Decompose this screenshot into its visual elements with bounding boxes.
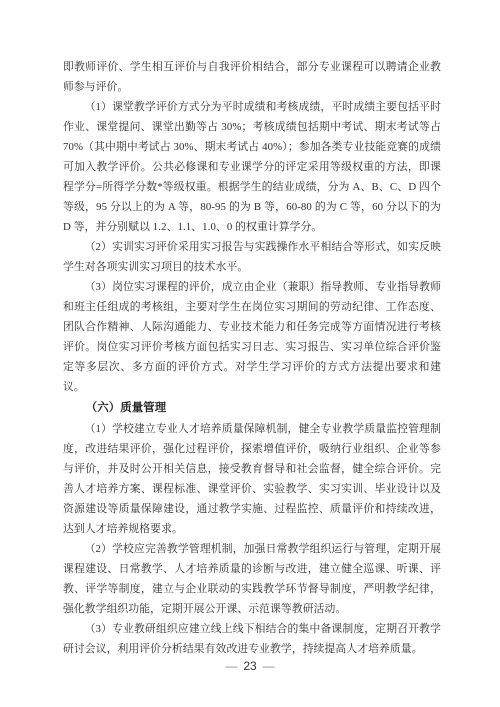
page-footer: —23— <box>0 658 500 674</box>
section-heading: （六）质量管理 <box>63 398 441 418</box>
document-page: 即教师评价、学生相互评价与自我评价相结合，部分专业课程可以聘请企业教师参与评价。… <box>0 0 500 707</box>
body-paragraph: （3）岗位实习课程的评价，成立由企业（兼职）指导教师、专业指导教师和班主任组成的… <box>63 277 441 397</box>
document-body: 即教师评价、学生相互评价与自我评价相结合，部分专业课程可以聘请企业教师参与评价。… <box>63 57 441 659</box>
body-paragraph: （1）课堂教学评价方式分为平时成绩和考核成绩，平时成绩主要包括平时作业、课堂提问… <box>63 97 441 237</box>
page-number: 23 <box>243 659 256 673</box>
body-paragraph: （2）学校应完善教学管理机制，加强日常教学组织运行与管理，定期开展课程建设、日常… <box>63 539 441 619</box>
footer-dash-right: — <box>257 659 281 673</box>
body-paragraph: （1）学校建立专业人才培养质量保障机制，健全专业教学质量监控管理制度，改进结果评… <box>63 419 441 539</box>
body-paragraph: 即教师评价、学生相互评价与自我评价相结合，部分专业课程可以聘请企业教师参与评价。 <box>63 57 441 97</box>
body-paragraph: （3）专业教研组织应建立线上线下相结合的集中备课制度，定期召开教学研讨会议，利用… <box>63 619 441 659</box>
footer-dash-left: — <box>219 659 243 673</box>
body-paragraph: （2）实训实习评价采用实习报告与实践操作水平相结合等形式，如实反映学生对各项实训… <box>63 237 441 277</box>
